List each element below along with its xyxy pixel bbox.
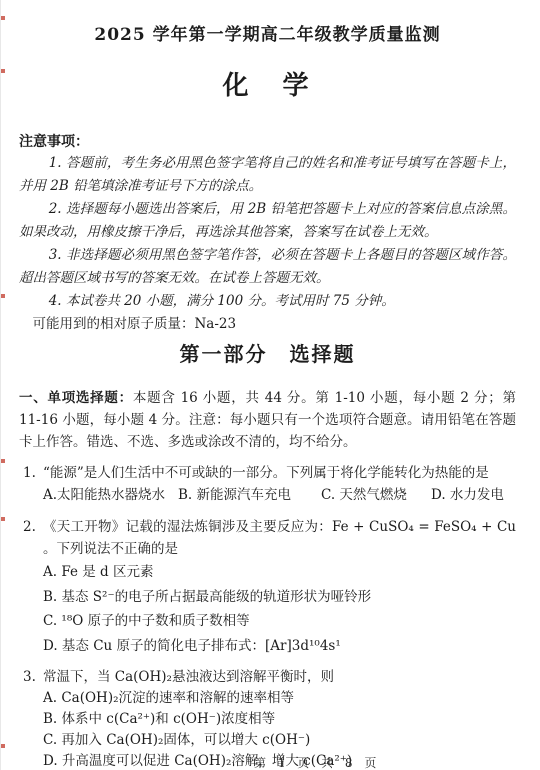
scan-edge-mark bbox=[1, 517, 5, 521]
atomic-masses-note: 可能用到的相对原子质量：Na-23 bbox=[19, 313, 516, 336]
scan-edge-mark bbox=[1, 744, 5, 748]
exam-paper-page: 2025 学年第一学期高二年级教学质量监测 化 学 注意事项： 1. 答题前，考… bbox=[0, 0, 540, 770]
question-3-option-a: A. Ca(OH)₂沉淀的速率和溶解的速率相等 bbox=[43, 688, 516, 709]
question-1-option-b: B. 新能源汽车充电 bbox=[178, 484, 321, 507]
notice-item-4: 4. 本试卷共 20 小题，满分 100 分。考试用时 75 分钟。 bbox=[19, 290, 516, 313]
question-1-option-d: D. 水力发电 bbox=[431, 484, 504, 507]
notice-item-1: 1. 答题前，考生务必用黑色签字笔将自己的姓名和准考证号填写在答题卡上，并用 2… bbox=[19, 152, 516, 198]
notice-item-3: 3. 非选择题必须用黑色签字笔作答，必须在答题卡上各题目的答题区域作答。超出答题… bbox=[19, 244, 516, 290]
question-1-option-c: C. 天然气燃烧 bbox=[321, 484, 431, 507]
question-1-options: A.太阳能热水器烧水 B. 新能源汽车充电 C. 天然气燃烧 D. 水力发电 bbox=[43, 484, 516, 507]
question-3-stem: 常温下，当 Ca(OH)₂悬浊液达到溶解平衡时，则 bbox=[43, 667, 516, 688]
question-2-number: 2. bbox=[23, 516, 43, 560]
scan-edge-mark bbox=[1, 69, 5, 73]
question-1-option-a: A.太阳能热水器烧水 bbox=[43, 484, 178, 507]
question-2-option-c: C. ¹⁸O 原子的中子数和质子数相等 bbox=[43, 609, 516, 634]
section-instructions: 一、单项选择题：本题含 16 小题，共 44 分。第 1-10 小题，每小题 2… bbox=[19, 387, 516, 453]
part1-heading: 第一部分 选择题 bbox=[19, 341, 516, 367]
question-3-number: 3. bbox=[23, 667, 43, 688]
notice-heading: 注意事项： bbox=[19, 132, 516, 152]
scan-edge-mark bbox=[1, 294, 5, 298]
question-2: 2. 《天工开物》记载的湿法炼铜涉及主要反应为：Fe + CuSO₄ = FeS… bbox=[19, 516, 516, 658]
instructions-lead: 一、单项选择题： bbox=[19, 390, 133, 406]
exam-title: 2025 学年第一学期高二年级教学质量监测 bbox=[19, 20, 516, 45]
notice-section: 注意事项： 1. 答题前，考生务必用黑色签字笔将自己的姓名和准考证号填写在答题卡… bbox=[19, 132, 516, 336]
question-2-option-b: B. 基态 S²⁻的电子所占据最高能级的轨道形状为哑铃形 bbox=[43, 585, 516, 610]
scan-edge-mark bbox=[1, 459, 5, 463]
question-2-stem: 《天工开物》记载的湿法炼铜涉及主要反应为：Fe + CuSO₄ = FeSO₄ … bbox=[43, 516, 516, 560]
question-2-option-a: A. Fe 是 d 区元素 bbox=[43, 560, 516, 585]
notice-item-2: 2. 选择题每小题选出答案后，用 2B 铅笔把答题卡上对应的答案信息点涂黑。如果… bbox=[19, 198, 516, 244]
subject-title: 化 学 bbox=[19, 65, 516, 102]
question-1: 1. “能源”是人们生活中不可或缺的一部分。下列属于将化学能转化为热能的是 A.… bbox=[19, 462, 516, 507]
page-footer: 第 1 页 共 8 页 bbox=[254, 754, 380, 770]
question-2-options: A. Fe 是 d 区元素 B. 基态 S²⁻的电子所占据最高能级的轨道形状为哑… bbox=[43, 560, 516, 658]
question-3-option-c: C. 再加入 Ca(OH)₂固体，可以增大 c(OH⁻) bbox=[43, 730, 516, 751]
question-3-option-b: B. 体系中 c(Ca²⁺)和 c(OH⁻)浓度相等 bbox=[43, 709, 516, 730]
scan-edge-mark bbox=[1, 16, 5, 20]
question-1-stem: “能源”是人们生活中不可或缺的一部分。下列属于将化学能转化为热能的是 bbox=[43, 462, 516, 484]
question-1-number: 1. bbox=[23, 462, 43, 484]
question-2-option-d: D. 基态 Cu 原子的简化电子排布式：[Ar]3d¹⁰4s¹ bbox=[43, 634, 516, 659]
